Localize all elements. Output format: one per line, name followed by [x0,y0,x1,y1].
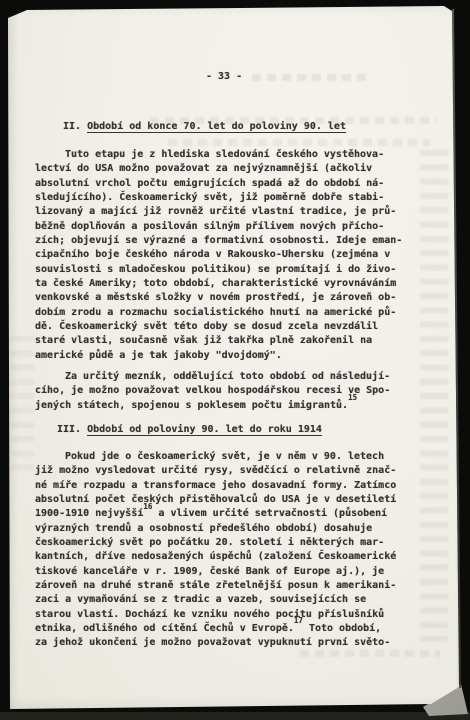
bleedthrough-mark [10,336,34,476]
text-line: dě. Českoamerický svět této doby se dosu… [35,320,402,334]
paragraph: Tuto etapu je z hlediska sledování české… [35,148,402,363]
text-line: zích; objevují se výrazné a formativní o… [35,234,402,248]
text-line: lizovaný a mající již rovněž určité vlas… [35,205,402,219]
section-heading-ii: II. Období od konce 70. let do poloviny … [63,121,346,132]
text-line: 1900-1910 nejvyšší16 a vlivem určité set… [35,507,396,521]
page-number: - 33 - [206,71,242,82]
text-line: českoamerický svět po počátku 20. stolet… [35,536,396,550]
text-line: ta české Ameriky; toto období, charakter… [35,277,402,291]
text-line: jených státech, spojenou s poklesem počt… [35,399,390,413]
text-line: né míře rozpadu a transformace jeho dosa… [35,479,396,493]
scanned-page-view: - 33 - II. Období od konce 70. let do po… [0,0,470,720]
text-line: Za určitý mezník, oddělující toto období… [35,370,390,384]
text-line: absolutní počet českých přistěhovalců do… [35,493,396,507]
bleedthrough-mark [420,150,448,650]
text-line: běžně doplňován a posilován silným příli… [35,220,402,234]
book-page: - 33 - II. Období od konce 70. let do po… [0,0,470,720]
bleedthrough-mark [300,650,440,657]
text-line: lectví do USA možno považovat za nejvýzn… [35,162,402,176]
text-line: dobím zrodu a rozmachu socialistického h… [35,306,402,320]
text-line: Tuto etapu je z hlediska sledování české… [35,148,402,162]
text-line: kantních, dříve nedosažených úspěchů (za… [35,550,396,564]
text-line: za jehož ukončení je možno považovat vyp… [35,636,396,650]
section-number: III. [57,424,81,435]
section-number: II. [63,121,81,132]
section-heading-iii: III. Období od poloviny 90. let do roku … [57,424,322,435]
text-line: souvislosti s mladočeskou politikou) se … [35,263,402,277]
text-line: cipačního boje českého národa v Rakousko… [35,248,402,262]
footnote-ref: 17 [294,616,303,625]
text-line: americké půdě a je tak jakoby "dvojdomý"… [35,349,402,363]
text-line: cího, je možno považovat velkou hospodář… [35,384,390,398]
text-line: staré vlasti, současně však již takřka p… [35,334,402,348]
section-title: Období od poloviny 90. let do roku 1914 [87,424,322,435]
paragraph: Pokud jde o českoamerický svět, je v něm… [35,450,396,651]
footnote-ref: 16 [143,502,152,511]
bleedthrough-mark [252,74,370,81]
text-line: starou vlastí. Dochází ke vzniku nového … [35,608,396,622]
section-title: Období od konce 70. let do poloviny 90. … [87,121,346,132]
footnote-ref: 15 [348,393,357,402]
bleedthrough-mark [168,139,430,146]
text-line: absolutní vrchol počtu emigrujících spad… [35,177,402,191]
text-line: zároveň na druhé straně stále zřetelnějš… [35,579,396,593]
paragraph: Za určitý mezník, oddělující toto období… [35,370,390,413]
text-line: venkovské a městské složky v novém prost… [35,291,402,305]
text-line: etnika, odlišného od cítění Čechů v Evro… [35,622,396,636]
text-line: tiskové kanceláře v r. 1909, české Bank … [35,565,396,579]
text-line: výrazných trendů a osobností předešlého … [35,522,396,536]
text-line: Pokud jde o českoamerický svět, je v něm… [35,450,396,464]
text-line: již možno vysledovat určité rysy, svědčí… [35,464,396,478]
text-line: sledujícího). Českoamerický svět, již po… [35,191,402,205]
text-line: zaci a vymaňování se z tradic a vazeb, s… [35,593,396,607]
scan-bottom-strip [0,712,470,720]
